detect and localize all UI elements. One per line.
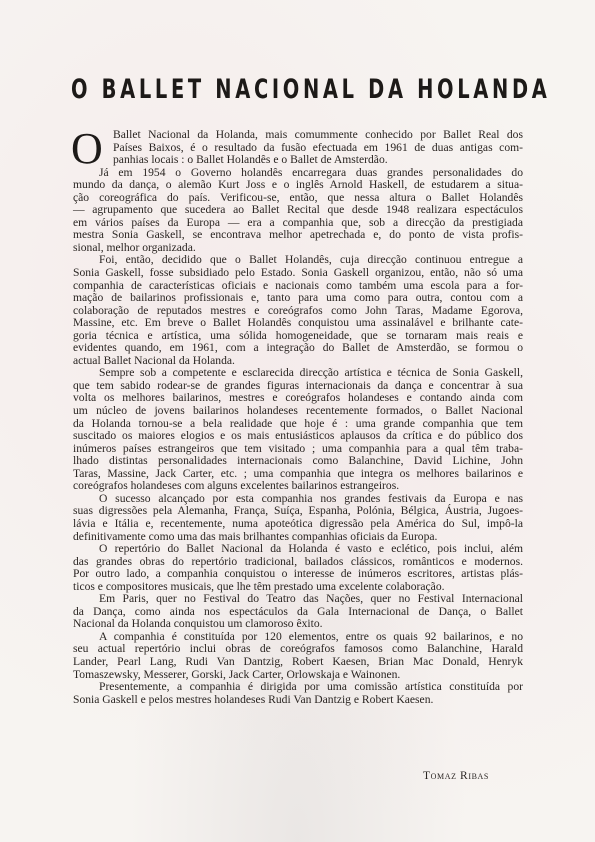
text-line: Nacional da Holanda conquistou um clamor…: [73, 618, 523, 631]
paragraph-5: O sucesso alcançado por esta companhia n…: [73, 493, 523, 543]
paragraph-2: Já em 1954 o Governo holandês encarregar…: [73, 167, 523, 255]
article-body: O Ballet Nacional da Holanda, mais comum…: [73, 129, 523, 706]
drop-cap: O: [71, 129, 103, 169]
paragraph-6: O repertório do Ballet Nacional da Holan…: [73, 543, 523, 593]
paragraph-3: Foi, então, decidido que o Ballet Holand…: [73, 254, 523, 367]
paragraph-9: Presentemente, a companhia é dirigida po…: [73, 681, 523, 706]
article-title: O BALLET NACIONAL DA HOLANDA: [71, 74, 532, 105]
text-line: mundo da dança, o alemão Kurt Joss e o i…: [73, 179, 523, 192]
text-line: Sonia Gaskell, fosse subsidiado pelo Est…: [73, 267, 523, 280]
text-line: evidentes quando, em 1961, com a integra…: [73, 342, 523, 355]
text-line: O repertório do Ballet Nacional da Holan…: [73, 543, 523, 556]
text-line: um núcleo de jovens bailarinos holandese…: [73, 405, 523, 418]
text-line: Massine, etc. Em breve o Ballet Holandês…: [73, 317, 523, 330]
author-signature: Tomaz Ribas: [423, 770, 489, 782]
text-line: Sonia Gaskell e pelos mestres holandeses…: [73, 694, 523, 707]
text-line: — agrupamento que sucedera ao Ballet Rec…: [73, 204, 523, 217]
text-line: Lander, Pearl Lang, Rudi Van Dantzig, Ro…: [73, 656, 523, 669]
text-line: suscitado os maiores elogios e os mais e…: [73, 430, 523, 443]
text-line: coreógrafos holandeses com alguns excele…: [73, 480, 523, 493]
text-line: mação de bailarinos profissionais e, tan…: [73, 292, 523, 305]
text-line: lávia e Itália e, recentemente, numa apo…: [73, 518, 523, 531]
paragraph-7: Em Paris, quer no Festival do Teatro das…: [73, 593, 523, 631]
text-line: Presentemente, a companhia é dirigida po…: [73, 681, 523, 694]
paragraph-1: O Ballet Nacional da Holanda, mais comum…: [73, 129, 523, 167]
text-line: Em Paris, quer no Festival do Teatro das…: [73, 593, 523, 606]
paragraph-8: A companhia é constituída por 120 elemen…: [73, 631, 523, 681]
text-line: lhado distintas personalidades internaci…: [73, 455, 523, 468]
text-line: Por outro lado, a companhia conquistou o…: [73, 568, 523, 581]
paragraph-4: Sempre sob a competente e esclarecida di…: [73, 367, 523, 492]
text-line: Ballet Nacional da Holanda, mais comumme…: [73, 129, 523, 142]
text-line: panhias locais : o Ballet Holandês e o B…: [73, 154, 523, 167]
